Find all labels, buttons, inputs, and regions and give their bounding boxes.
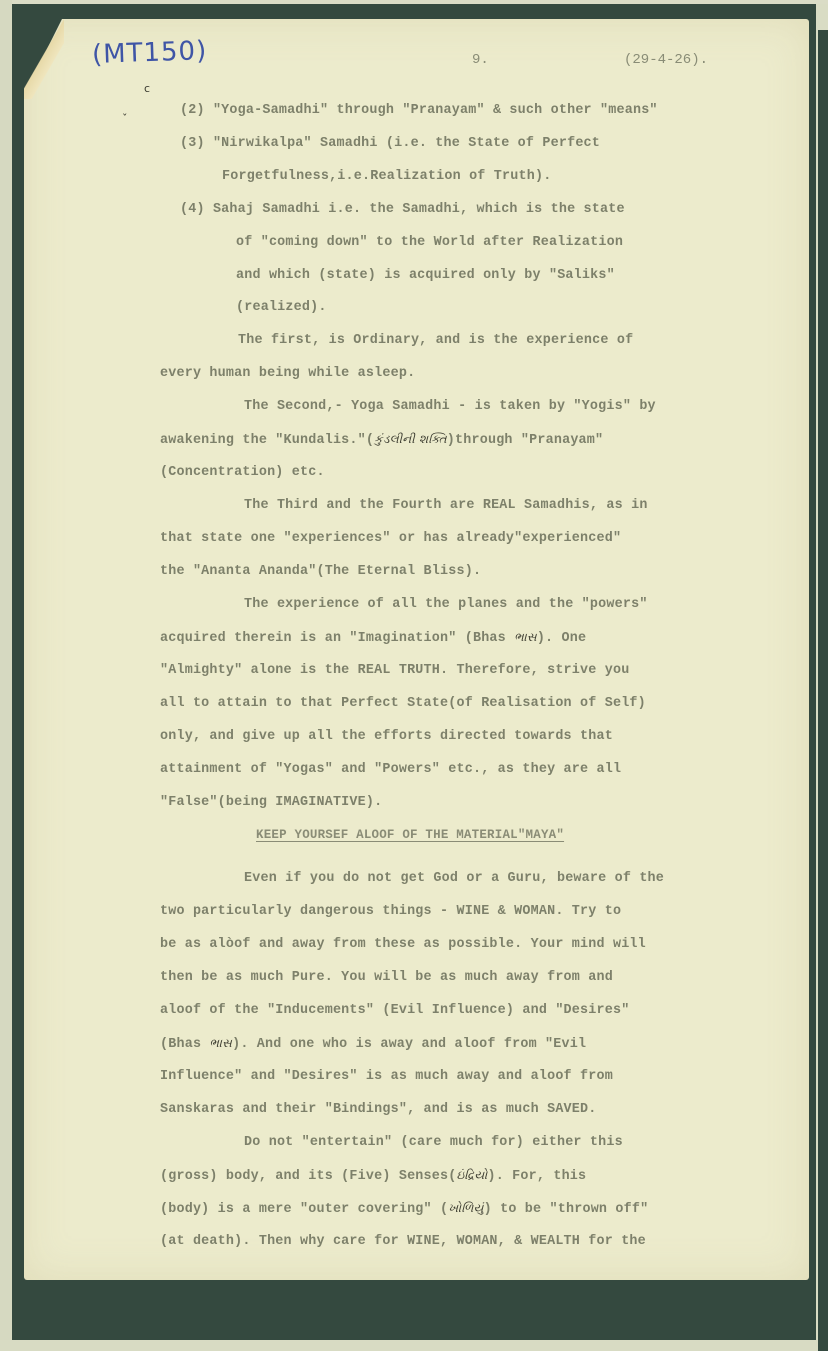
paragraph-line: attainment of "Yogas" and "Powers" etc.,… bbox=[160, 762, 621, 777]
paragraph-line: only, and give up all the efforts direct… bbox=[160, 729, 613, 744]
paragraph-line: acquired therein is an "Imagination" (Bh… bbox=[160, 630, 586, 646]
paragraph-line: The Third and the Fourth are REAL Samadh… bbox=[244, 498, 648, 513]
paragraph-line: (body) is a mere "outer covering" (ખોળિય… bbox=[160, 1201, 648, 1217]
list-item-3: (3) "Nirwikalpa" Samadhi (i.e. the State… bbox=[180, 136, 600, 151]
line-segment: (gross) body, and its (Five) Senses( bbox=[160, 1169, 457, 1184]
list-item-4-cont: of "coming down" to the World after Real… bbox=[236, 235, 623, 250]
line-segment: acquired therein is an "Imagination" (Bh… bbox=[160, 631, 514, 646]
list-item-2: (2) "Yoga-Samadhi" through "Pranayam" & … bbox=[180, 103, 658, 118]
paragraph-line: The Second,- Yoga Samadhi - is taken by … bbox=[244, 399, 656, 414]
gujarati-gloss: કુંડલીની શક્તિ bbox=[374, 432, 447, 446]
line-segment: ). And one who is away and aloof from "E… bbox=[232, 1037, 586, 1052]
paragraph-line: all to attain to that Perfect State(of R… bbox=[160, 696, 646, 711]
line-segment: (Bhas bbox=[160, 1037, 209, 1052]
gujarati-gloss: ભાસ bbox=[209, 1036, 232, 1050]
paragraph-line: (at death). Then why care for WINE, WOMA… bbox=[160, 1234, 646, 1249]
line-segment: )through "Pranayam" bbox=[447, 433, 603, 448]
page-number: 9. bbox=[472, 52, 489, 68]
section-heading: KEEP YOURSEF ALOOF OF THE MATERIAL"MAYA" bbox=[256, 828, 564, 842]
paragraph-line: The first, is Ordinary, and is the exper… bbox=[238, 333, 633, 348]
paragraph-line: the "Ananta Ananda"(The Eternal Bliss). bbox=[160, 564, 481, 579]
line-segment: ) to be "thrown off" bbox=[484, 1202, 649, 1217]
paragraph-line: then be as much Pure. You will be as muc… bbox=[160, 970, 613, 985]
line-segment: ). One bbox=[537, 631, 586, 646]
line-segment: awakening the "Kundalis."( bbox=[160, 433, 374, 448]
paragraph-line: Sanskaras and their "Bindings", and is a… bbox=[160, 1102, 597, 1117]
paragraph-line: be as alòof and away from these as possi… bbox=[160, 937, 646, 952]
gujarati-gloss: ઇંદ્રિયો bbox=[457, 1168, 488, 1182]
list-item-4: (4) Sahaj Samadhi i.e. the Samadhi, whic… bbox=[180, 202, 625, 217]
gujarati-gloss: ખોળિયું bbox=[448, 1201, 483, 1215]
paragraph-line: (gross) body, and its (Five) Senses(ઇંદ્… bbox=[160, 1168, 586, 1184]
paragraph-line: Influence" and "Desires" is as much away… bbox=[160, 1069, 613, 1084]
scan-bottom-edge bbox=[0, 1340, 828, 1351]
stray-mark: c bbox=[144, 82, 150, 95]
paragraph-line: that state one "experiences" or has alre… bbox=[160, 531, 621, 546]
paragraph-line: The experience of all the planes and the… bbox=[244, 597, 648, 612]
scan-right-edge bbox=[818, 30, 828, 1351]
paragraph-line: (Bhas ભાસ). And one who is away and aloo… bbox=[160, 1036, 586, 1052]
paragraph-line: (Concentration) etc. bbox=[160, 465, 325, 480]
paragraph-line: "Almighty" alone is the REAL TRUTH. Ther… bbox=[160, 663, 629, 678]
line-segment: ). For, this bbox=[487, 1169, 586, 1184]
list-item-4-cont: and which (state) is acquired only by "S… bbox=[236, 268, 615, 283]
scan-left-edge bbox=[0, 0, 12, 1351]
list-item-3-cont: Forgetfulness,i.e.Realization of Truth). bbox=[222, 169, 551, 184]
paragraph-line: aloof of the "Inducements" (Evil Influen… bbox=[160, 1003, 629, 1018]
gujarati-gloss: ભાસ bbox=[514, 630, 537, 644]
paragraph-line: Do not "entertain" (care much for) eithe… bbox=[244, 1135, 623, 1150]
handwritten-reference: (MT150) bbox=[92, 36, 208, 70]
paragraph-line: two particularly dangerous things - WINE… bbox=[160, 904, 621, 919]
stray-mark: ˇ bbox=[122, 112, 128, 125]
document-date: (29-4-26). bbox=[624, 52, 708, 68]
paragraph-line: Even if you do not get God or a Guru, be… bbox=[244, 871, 664, 886]
line-segment: (body) is a mere "outer covering" ( bbox=[160, 1202, 448, 1217]
list-item-4-cont: (realized). bbox=[236, 300, 327, 315]
paragraph-line: awakening the "Kundalis."(કુંડલીની શક્તિ… bbox=[160, 432, 603, 448]
paragraph-line: every human being while asleep. bbox=[160, 366, 415, 381]
paragraph-line: "False"(being IMAGINATIVE). bbox=[160, 795, 382, 810]
